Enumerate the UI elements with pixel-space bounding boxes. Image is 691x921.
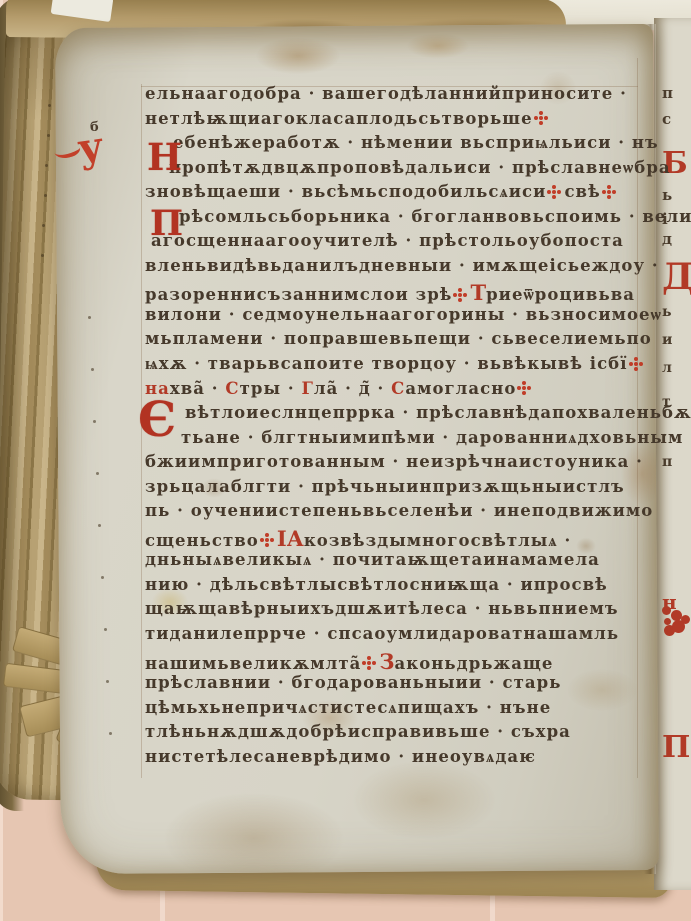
text-line: разореннисъзаннимслои зрѣТриеѿроцивьва	[145, 280, 645, 305]
floral-ornament-icon	[664, 618, 671, 625]
pricking-dot	[48, 104, 51, 107]
rubric-initial-P: П	[150, 206, 183, 241]
text-segment: Г	[301, 379, 313, 398]
text-line: дньныѧвеликыѧ · почитаѭщетаинамамела	[145, 550, 645, 575]
facing-text-fragment: П	[662, 730, 690, 765]
text-segment: С	[391, 379, 405, 398]
text-segment: ебенѣжеработѫ · нѣмении вьсприѩльиси · н…	[173, 133, 659, 152]
text-segment: тьане · блгтныимипѣми · дарованниѧдховьн…	[181, 428, 691, 447]
text-line: зновѣщаеши · вьсѣмьсподобильсѧисисвѣ	[145, 182, 645, 207]
facing-text-fragment: н	[662, 590, 677, 614]
text-segment: ІА	[277, 526, 304, 551]
text-segment: риеѿроцивьва	[486, 285, 635, 304]
pricking-dot	[91, 368, 94, 371]
text-segment: хва̃ ·	[170, 379, 226, 398]
text-line: нетлѣѭщиагокласаплодьсьтворьше	[145, 109, 645, 134]
text-line: пь · оучениистепеньвьселенѣи · инеподвиж…	[145, 501, 645, 526]
pricking-dot	[41, 254, 44, 257]
text-line: тиданилепррче · спсаоумлидароватнашамль	[145, 624, 645, 649]
text-segment: вѣтлоиеслнцепррка · прѣславнѣдапохвалень…	[185, 403, 691, 422]
gloss-superscript: б	[90, 120, 99, 135]
text-segment: тры ·	[240, 379, 302, 398]
text-segment: вленьвидѣвьданилъдневныи · имѫщеісьеждоу…	[145, 256, 659, 275]
section-ornament-icon	[539, 116, 543, 120]
text-line: тлѣньнѫдшѫдобрѣисправивьше · съхра	[145, 722, 645, 747]
text-line: бжиимприготованным · неизрѣчнаистоуника …	[145, 452, 645, 477]
text-line: ебенѣжеработѫ · нѣмении вьсприѩльиси · н…	[145, 133, 645, 158]
pricking-dot	[47, 134, 50, 137]
text-line: вѣтлоиеслнцепррка · прѣславнѣдапохвалень…	[145, 403, 645, 428]
text-segment: прѣславнии · бгодарованьныии · старь	[145, 673, 561, 692]
text-segment: д̃ ·	[359, 379, 391, 398]
text-line: рѣсомльсьборьника · бгогланвовьспоимь · …	[145, 207, 645, 232]
text-line: сщеньствоІАкозвѣздымногосвѣтлыѧ ·	[145, 526, 645, 551]
text-line: ельнаагодобра · вашегодѣланнийприносите …	[145, 84, 645, 109]
facing-text-fragment: л	[662, 360, 672, 376]
text-segment: пропѣтѫдвцѫпроповѣдальиси · прѣславнеѡбр…	[169, 158, 671, 177]
text-segment: амогласно	[405, 379, 516, 398]
text-line: пропѣтѫдвцѫпроповѣдальиси · прѣславнеѡбр…	[145, 158, 645, 183]
section-ornament-icon	[607, 190, 611, 194]
facing-text-fragment: п	[662, 84, 673, 102]
pricking-dot	[109, 732, 112, 735]
text-segment: мьпламени · поправшевьпещи · сьвеселиемь…	[145, 329, 652, 348]
facing-page-sliver: псБьідДьилт·пнП	[654, 18, 691, 890]
text-line: мьпламени · поправшевьпещи · сьвеселиемь…	[145, 329, 645, 354]
section-ornament-icon	[634, 362, 638, 366]
facing-text-fragment: д	[662, 230, 672, 248]
text-segment: нетлѣѭщиагокласаплодьсьтворьше	[145, 109, 533, 128]
text-segment: нашимьвеликѫмлта̃	[145, 654, 361, 673]
text-segment: разореннисъзаннимслои зрѣ	[145, 285, 452, 304]
text-segment: зновѣщаеши · вьсѣмьсподобильсѧиси	[145, 182, 546, 201]
pricking-dot	[104, 628, 107, 631]
text-segment: свѣ	[564, 182, 600, 201]
facing-text-fragment: ь	[662, 186, 672, 204]
text-segment: Т	[470, 280, 486, 305]
text-segment: зрьцалаблгти · прѣчьныинпризѫщьныистлъ	[145, 477, 625, 496]
text-line: агосщеннаагооучителѣ · прѣстольоубопоста	[145, 231, 645, 256]
text-segment: бжиимприготованным · неизрѣчнаистоуника …	[145, 452, 643, 471]
text-line: щаѭщавѣрныихъдшѫитѣлеса · ньвьпниемъ	[145, 599, 645, 624]
text-segment: ла̃ ·	[314, 379, 359, 398]
text-segment: ѩхѫ · тварьвсапоите творцоу · вьвѣкывѣ і…	[145, 354, 628, 373]
facing-text-fragment: Д	[662, 256, 691, 298]
section-ornament-icon	[367, 661, 371, 665]
margin-gloss-mark: у б	[56, 126, 116, 180]
text-segment: С	[225, 379, 239, 398]
text-segment: нистетѣлесаневрѣдимо · инеоувѧдаѥ	[145, 747, 536, 766]
text-line: прѣславнии · бгодарованьныии · старь	[145, 673, 645, 698]
text-block: ельнаагодобра · вашегодѣланнийприносите …	[145, 84, 645, 771]
text-segment: цѣмьхьнепричѧстистесѧпищахъ · нъне	[145, 698, 551, 717]
text-segment: рѣсомльсьборьника · бгогланвовьспоимь · …	[179, 207, 691, 226]
pricking-dot	[101, 576, 104, 579]
section-ornament-icon	[265, 538, 269, 542]
facing-text-fragment: п	[662, 454, 672, 470]
pricking-dot	[96, 472, 99, 475]
facing-text-fragment: и	[662, 332, 672, 348]
text-line: тьане · блгтныимипѣми · дарованниѧдховьн…	[145, 428, 645, 453]
text-segment: дньныѧвеликыѧ · почитаѭщетаинамамела	[145, 550, 600, 569]
text-line: цѣмьхьнепричѧстистесѧпищахъ · нъне	[145, 698, 645, 723]
text-segment: агосщеннаагооучителѣ · прѣстольоубопоста	[151, 231, 624, 250]
text-line: нахва̃ · Стры · Гла̃ · д̃ · Самогласно	[145, 379, 645, 404]
text-line: вилони · седмоунельнаагогорины · вьзноси…	[145, 305, 645, 330]
text-segment: аконьдрьжаще	[395, 654, 554, 673]
text-segment: щаѭщавѣрныихъдшѫитѣлеса · ньвьпниемъ	[145, 599, 619, 618]
text-segment: тлѣньнѫдшѫдобрѣисправивьше · съхра	[145, 722, 571, 741]
section-ornament-icon	[522, 386, 526, 390]
facing-text-fragment: с	[662, 110, 671, 128]
pricking-dot	[88, 316, 91, 319]
text-line: нистетѣлесаневрѣдимо · инеоувѧдаѥ	[145, 747, 645, 772]
facing-text-fragment: ь	[662, 304, 672, 320]
rubric-initial-N: Н	[147, 139, 182, 176]
rubric-initial-E: Є	[138, 396, 176, 444]
text-segment: тиданилепррче · спсаоумлидароватнашамль	[145, 624, 619, 643]
section-ornament-icon	[458, 293, 462, 297]
text-segment: козвѣздымногосвѣтлыѧ ·	[304, 531, 571, 550]
manuscript-photo: псБьідДьилт·пнП ельнаагодобра · вашегодѣ…	[0, 0, 691, 921]
text-segment: нию · дѣльсвѣтлысвѣтлосниѭща · ипросвѣ	[145, 575, 608, 594]
text-segment: ельнаагодобра · вашегодѣланнийприносите …	[145, 84, 627, 103]
text-segment: вилони · седмоунельнаагогорины · вьзноси…	[145, 305, 662, 324]
text-line: вленьвидѣвьданилъдневныи · имѫщеісьеждоу…	[145, 256, 645, 281]
text-line: зрьцалаблгти · прѣчьныинпризѫщьныистлъ	[145, 477, 645, 502]
text-segment: пь · оучениистепеньвьселенѣи · инеподвиж…	[145, 501, 653, 520]
text-line: ѩхѫ · тварьвсапоите творцоу · вьвѣкывѣ і…	[145, 354, 645, 379]
text-line: нашимьвеликѫмлта̃Законьдрьжаще	[145, 649, 645, 674]
pricking-dot	[44, 194, 47, 197]
text-segment: сщеньство	[145, 531, 259, 550]
text-segment: З	[379, 649, 394, 674]
text-line: нию · дѣльсвѣтлысвѣтлосниѭща · ипросвѣ	[145, 575, 645, 600]
section-ornament-icon	[552, 190, 556, 194]
